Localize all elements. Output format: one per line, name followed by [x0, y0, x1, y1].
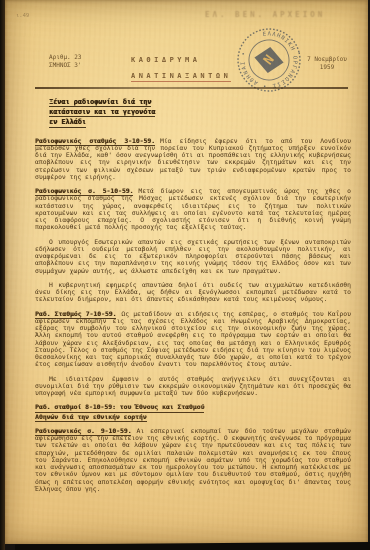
paragraph: Ο υπουργός Εσωτερικών απαντών εις σχετικ… — [35, 239, 351, 275]
paragraph: Ραδιοφωνικός σταθμός 3-10-59.Μία είδησις… — [35, 138, 351, 182]
reference-block: Αριθμ. 23 ΣΜΗΝΟΣ 3' — [49, 54, 82, 69]
bulletin-body: Ξέναι ραδιοφωνίαι διά την κατάστασιν και… — [35, 96, 351, 500]
subheading-line: Αθηνών διά την εθνικήν εορτήν — [35, 414, 147, 422]
paragraph-text: Αι εσπεριναί εκπομπαί των δύο τούτων μεγ… — [35, 427, 351, 493]
letterhead-line2: ΑΝΑΤΙΝΑΞΑΝΤΩΝ — [131, 72, 231, 82]
date-day-month: 7 Νοεμβρίου — [299, 56, 355, 64]
reference-number: Αριθμ. 23 — [49, 54, 82, 62]
title-line: κατάστασιν και τα γεγονότα — [49, 108, 155, 117]
paragraph-text: Με ιδιαιτέραν έμφασιν ο αυτός σταθμός αν… — [35, 375, 351, 398]
paragraph-text: Μετά δίωρον εις τας απογευματινάς ώρας τ… — [35, 187, 351, 231]
scanned-document-page: ΕΛ. ΒΕΝ. ΑΡΧΕΙΟΝ ι.49 Αριθμ. 23 ΣΜΗΝΟΣ 3… — [0, 0, 370, 550]
section-subheading: Ραδ. σταθμοί 8-10-59: του Έθνους και Στα… — [35, 404, 351, 423]
bulletin-title: Ξέναι ραδιοφωνίαι διά την κατάστασιν και… — [49, 98, 199, 129]
paragraph: Η κυβερνητική εφημερίς απαντώσα δηλοί ότ… — [35, 282, 351, 304]
seal-emblem: Ν — [252, 43, 286, 76]
paragraph-text: Ως μεταδίδουν αι ειδήσεις της εσπέρας, ο… — [35, 310, 351, 369]
bottom-scan-edge — [15, 542, 370, 550]
paragraph: Ραδιοφωνικός σ. 9-10-59.Αι εσπεριναί εκπ… — [35, 428, 351, 493]
paragraph: Ραδιοφωνικός σ. 5-10-59.Μετά δίωρον εις … — [35, 188, 351, 232]
letterhead-line1: ΚΑΘΙΔΡΥΜΑ — [131, 52, 231, 68]
paragraph: Ραδ. Σταθμός 7-10-59.Ως μεταδίδουν αι ει… — [35, 311, 351, 369]
paragraph-text: Η κυβερνητική εφημερίς απαντώσα δηλοί ότ… — [35, 281, 351, 304]
title-line: εν Ελλάδι — [49, 118, 86, 127]
archive-stamp-text: ΕΛ. ΒΕΝ. ΑΡΧΕΙΟΝ — [205, 10, 325, 19]
date-block: 7 Νοεμβρίου 1959 — [299, 56, 355, 72]
paper: ΕΛ. ΒΕΝ. ΑΡΧΕΙΟΝ ι.49 Αριθμ. 23 ΣΜΗΝΟΣ 3… — [5, 0, 368, 544]
subheading-line: Ραδ. σταθμοί 8-10-59: του Έθνους και Στα… — [35, 404, 204, 412]
corner-note: ι.49 — [16, 13, 29, 19]
reference-section: ΣΜΗΝΟΣ 3' — [49, 62, 82, 70]
paragraph: Με ιδιαιτέραν έμφασιν ο αυτός σταθμός αν… — [35, 376, 351, 398]
header-rule — [35, 87, 348, 89]
paragraph-text: Ο υπουργός Εσωτερικών απαντών εις σχετικ… — [35, 238, 351, 275]
date-year: 1959 — [299, 64, 355, 72]
paragraph-text: Μία είδησις έφερεν ότι το από του Λονδίν… — [35, 137, 351, 181]
letterhead: ΚΑΘΙΔΡΥΜΑ ΑΝΑΤΙΝΑΞΑΝΤΩΝ — [131, 52, 231, 84]
title-line: Ξέναι ραδιοφωνίαι διά την — [49, 98, 151, 107]
